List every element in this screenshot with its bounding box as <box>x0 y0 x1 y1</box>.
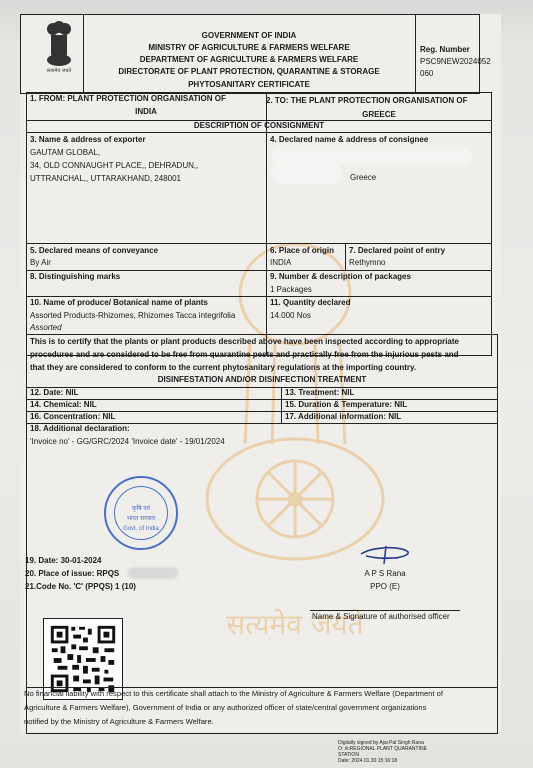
treatment-title: DISINFESTATION AND/OR DISINFECTION TREAT… <box>26 375 498 385</box>
consignee-label: 4. Declared name & address of consignee <box>270 135 428 145</box>
redacted-consignee-2 <box>272 164 342 184</box>
from-value: INDIA <box>26 107 266 117</box>
certificate-title: PHYTOSANITARY CERTIFICATE <box>83 80 415 90</box>
packages-value: 1 Packages <box>270 285 312 295</box>
to-label: 2. TO: THE PLANT PROTECTION ORGANISATION… <box>266 96 467 106</box>
exporter-line-3: UTTRANCHAL,, UTTARAKHAND, 248001 <box>30 174 181 184</box>
treatment-concentration: 16. Concentration: NIL <box>30 412 115 422</box>
disclaimer-line-1: No financial liability with respect to t… <box>24 689 443 699</box>
reg-number-value: PSC9NEW2024052 <box>420 57 491 67</box>
national-emblem-icon: सत्यमेव जयते <box>44 20 74 74</box>
signature-caption: Name & Signature of authorised officer <box>312 612 450 622</box>
cert-text-2: procedures and are considered to be free… <box>30 350 459 360</box>
treatment-chemical: 14. Chemical: NIL <box>30 400 97 410</box>
official-seal-stamp: कृषि एवं भारत सरकार Govt. of India <box>104 476 178 550</box>
produce-italic: Assorted <box>30 323 62 333</box>
from-label: 1. FROM: PLANT PROTECTION ORGANISATION O… <box>30 94 226 104</box>
origin-label: 6. Place of origin <box>270 246 334 256</box>
issue-date: 19. Date: 30-01-2024 <box>25 556 102 566</box>
entry-label: 7. Declared point of entry <box>349 246 445 256</box>
redacted-consignee <box>272 149 472 165</box>
section-title: DESCRIPTION OF CONSIGNMENT <box>26 121 492 131</box>
reg-number-label: Reg. Number <box>420 45 470 55</box>
consignee-country: Greece <box>350 173 376 183</box>
conveyance-value: By Air <box>30 258 51 268</box>
ministry-title: MINISTRY OF AGRICULTURE & FARMERS WELFAR… <box>83 43 415 53</box>
origin-value: INDIA <box>270 258 291 268</box>
issue-place: 20. Place of issue: RPQS <box>25 569 119 579</box>
to-value: GREECE <box>266 110 492 120</box>
exporter-line-2: 34, OLD CONNAUGHT PLACE,, DEHRADUN,, <box>30 161 198 171</box>
reg-number-value-cont: 060 <box>420 69 433 79</box>
directorate-title: DIRECTORATE OF PLANT PROTECTION, QUARANT… <box>83 67 415 77</box>
department-title: DEPARTMENT OF AGRICULTURE & FARMERS WELF… <box>83 55 415 65</box>
exporter-line-1: GAUTAM GLOBAL, <box>30 148 100 158</box>
redacted-place <box>128 567 178 579</box>
disclaimer-line-3: notified by the Ministry of Agriculture … <box>24 717 214 727</box>
quantity-label: 11. Quantity declared <box>270 298 350 308</box>
marks-label: 8. Distinguishing marks <box>30 272 120 282</box>
certificate-page: सत्यमेव जयते सत्यमेव जयते GOVERNMENT OF … <box>20 14 501 732</box>
officer-name: A P S Rana <box>340 569 430 579</box>
produce-label: 10. Name of produce/ Botanical name of p… <box>30 298 208 308</box>
treatment-date: 12. Date: NIL <box>30 388 78 398</box>
exporter-label: 3. Name & address of exporter <box>30 135 146 145</box>
disclaimer-line-2: Agriculture & Farmers Welfare), Governme… <box>24 703 426 713</box>
treatment-additional-info: 17. Additional information: NIL <box>285 412 401 422</box>
digital-signature-line-4: Date: 2024.01.30 15:16:18 <box>338 758 397 764</box>
entry-value: Rethymno <box>349 258 385 268</box>
declaration-label: 18. Additional declaration: <box>30 424 130 434</box>
quantity-value: 14.000 Nos <box>270 311 311 321</box>
packages-label: 9. Number & description of packages <box>270 272 411 282</box>
govt-title: GOVERNMENT OF INDIA <box>83 31 415 41</box>
signature-icon <box>358 544 413 566</box>
code-number: 21.Code No. 'C' (PPQS) 1 (10) <box>25 582 136 592</box>
treatment-duration: 15. Duration & Temperature: NIL <box>285 400 407 410</box>
produce-value: Assorted Products-Rhizomes, Rhizomes Tac… <box>30 311 235 321</box>
conveyance-label: 5. Declared means of conveyance <box>30 246 158 256</box>
cert-text-3: that they are considered to conform to t… <box>30 363 416 373</box>
treatment-type: 13. Treatment: NIL <box>285 388 354 398</box>
cert-text-1: This is to certify that the plants or pl… <box>30 337 459 347</box>
officer-title: PPO (E) <box>340 582 430 592</box>
svg-text:सत्यमेव जयते: सत्यमेव जयते <box>47 67 72 74</box>
declaration-value: 'Invoice no' - GG/GRC/2024 'Invoice date… <box>30 437 225 447</box>
